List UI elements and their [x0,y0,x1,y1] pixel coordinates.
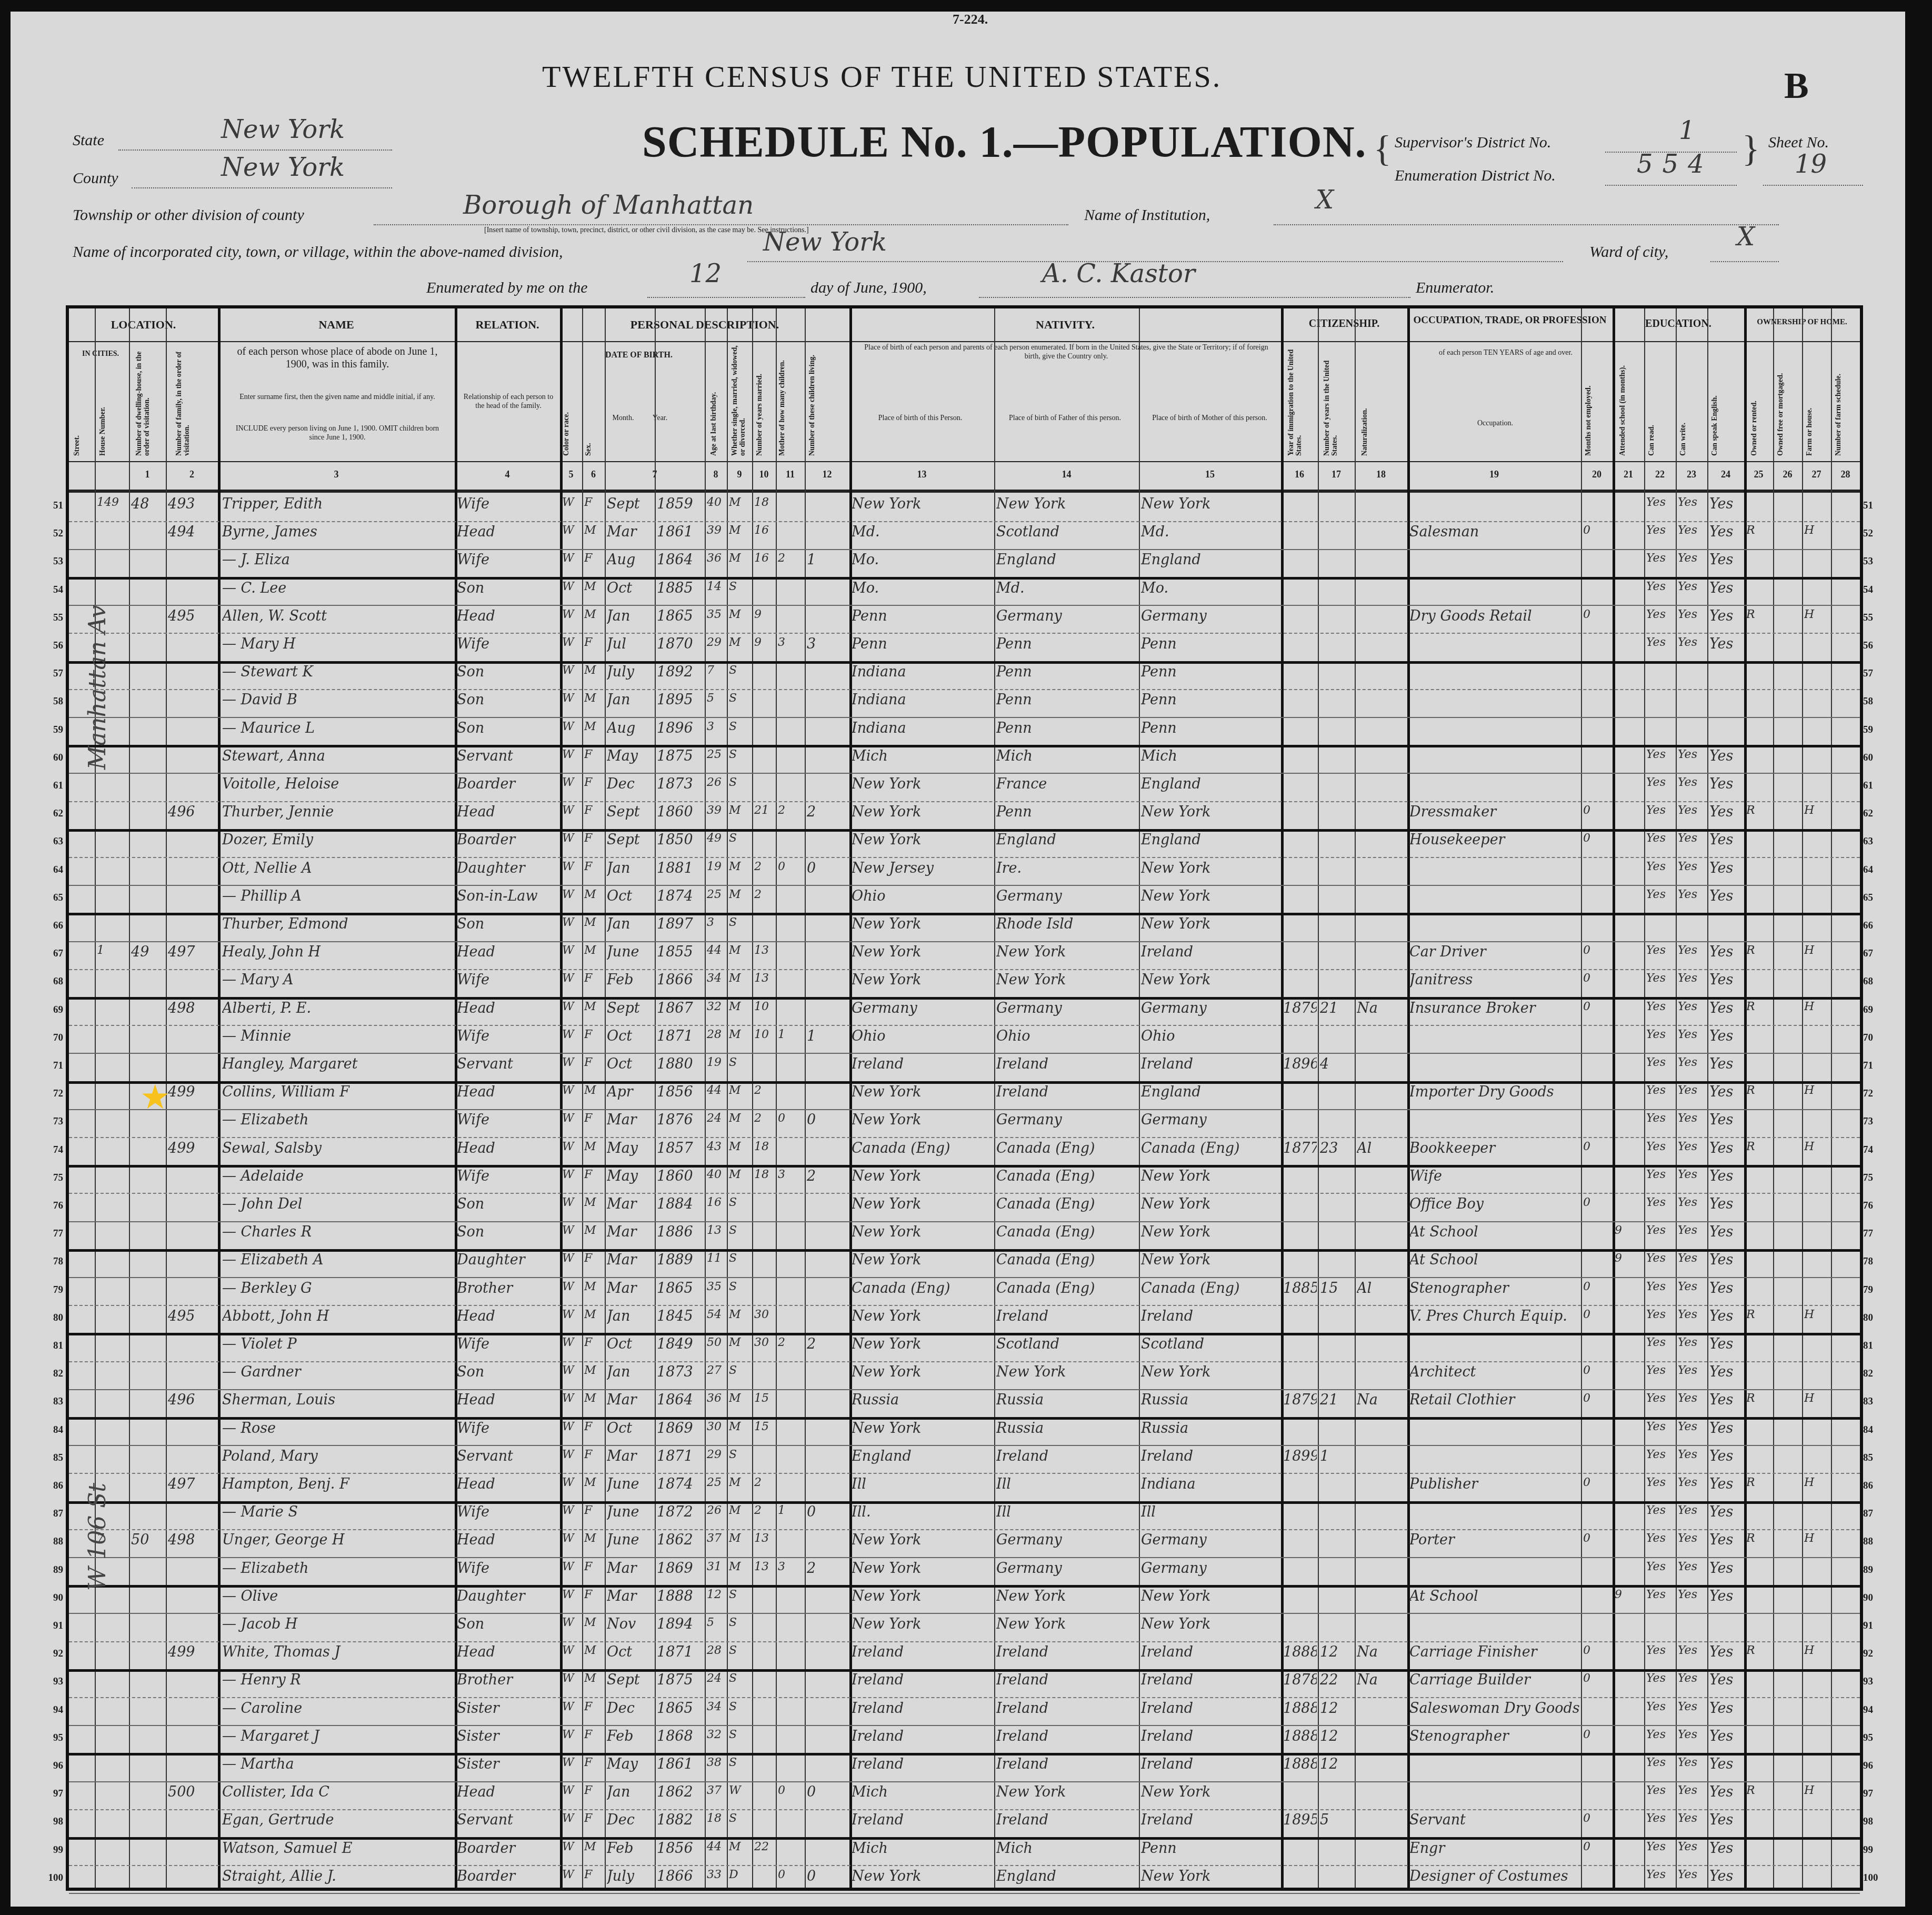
table-row[interactable]: Thurber, Jennie496HeadWFSept186039M2122N… [69,801,1860,832]
cell-mar: M [729,1112,751,1125]
schedule-title: SCHEDULE No. 1.—POPULATION. [642,117,1367,168]
table-row[interactable]: Alberti, P. E.498HeadWMSept186732M10Germ… [69,997,1860,1026]
cell-bm: Ireland [1141,1728,1280,1744]
row-number: 53 [42,556,63,567]
table-row[interactable]: Hangley, MargaretServantWFOct188019SIrel… [69,1053,1860,1084]
cell-bf: Germany [996,608,1138,624]
cell-farm: H [1804,804,1830,817]
cell-cl: 0 [807,1504,848,1520]
vh-read: Can read. [1648,387,1656,456]
cell-eng: Yes [1709,1756,1743,1772]
cell-rel: Son [457,664,559,680]
cell-read: Yes [1646,1756,1675,1769]
cell-family: 495 [168,608,217,624]
row-number: 59 [42,724,63,736]
cell-month: Mar [607,1448,657,1464]
cell-occ: Stenographer [1409,1280,1580,1296]
table-row[interactable]: — Marie SWifeWFJune187226M210Ill.IllIllY… [69,1501,1860,1530]
table-row[interactable]: — John DelSonWMMar188416SNew YorkCanada … [69,1193,1860,1222]
cell-year: 1873 [657,1364,704,1380]
cell-age: 26 [707,1504,726,1517]
form-code: 7-224. [953,12,988,27]
ed-label: Enumeration District No. [1395,167,1556,185]
cell-color: W [562,916,581,929]
table-row[interactable]: — C. LeeSonWMOct188514SMo.Md.Mo.YesYesYe… [69,577,1860,606]
cell-bm: Scotland [1141,1336,1280,1352]
cell-bf: Ireland [996,1056,1138,1072]
cell-eng: Yes [1709,944,1743,960]
cell-sex: F [584,1056,604,1069]
person-name: — Charles R [222,1224,453,1240]
cell-yus: 21 [1320,1392,1354,1408]
table-row[interactable]: Stewart, AnnaServantWFMay187525SMichMich… [69,745,1860,774]
cell-eng: Yes [1709,1560,1743,1577]
cell-bm: Ireland [1141,944,1280,960]
cell-eng: Yes [1709,1084,1743,1100]
cell-bf: Ireland [996,1644,1138,1660]
cell-imm: 1895 [1283,1812,1317,1828]
cell-eng: Yes [1709,1644,1743,1660]
cell-rel: Sister [457,1700,559,1717]
cell-bp: New York [852,496,993,512]
cell-sex: M [584,1000,604,1013]
table-row[interactable]: Dozer, EmilyBoarderWFSept185049SNew York… [69,829,1860,858]
cell-write: Yes [1678,1308,1706,1321]
row-number: 55 [42,612,63,624]
cell-read: Yes [1646,1532,1675,1545]
column-number: 26 [1773,469,1802,480]
cell-cl: 0 [807,860,848,876]
cell-cl: 2 [807,1336,848,1352]
person-name: — Olive [222,1588,453,1604]
table-row[interactable]: — Charles RSonWMMar188613SNew YorkCanada… [69,1221,1860,1252]
cell-bm: Mo. [1141,580,1280,596]
cell-month: Jan [607,1308,657,1324]
column-number: 27 [1802,469,1831,480]
cell-bf: Ireland [996,1084,1138,1100]
cell-year: 1861 [657,1756,704,1772]
column-number: 6 [582,469,605,480]
cell-read: Yes [1646,972,1675,985]
cell-age: 39 [707,804,726,817]
cell-mar: M [729,1392,751,1405]
cell-bp: New York [852,1420,993,1437]
row-number: 59 [1863,724,1884,736]
column-number: 21 [1613,469,1644,480]
cell-own: R [1746,1308,1772,1321]
table-row[interactable]: Sherman, Louis496HeadWMMar186436M15Russi… [69,1389,1860,1420]
cell-read: Yes [1646,1504,1675,1517]
table-row[interactable]: — OliveDaughterWFMar188812SNew YorkNew Y… [69,1585,1860,1614]
cell-year: 1860 [657,1168,704,1184]
person-name: — Mary H [222,636,453,652]
cell-ym: 13 [754,944,775,957]
vh-farm: Farm or house. [1806,356,1814,456]
cell-eng: Yes [1709,804,1743,820]
cell-own: R [1746,1532,1772,1545]
table-row[interactable]: — Henry RBrotherWMSept187524SIrelandIrel… [69,1669,1860,1698]
column-number: 20 [1581,469,1613,480]
cell-bp: Ireland [852,1700,993,1717]
table-row[interactable]: Sewal, Salsby499HeadWMMay185743M18Canada… [69,1137,1860,1168]
cell-year: 1870 [657,636,704,652]
cell-mar: M [729,1168,751,1181]
cell-color: W [562,1560,581,1573]
cell-mar: M [729,1084,751,1097]
group-header-divider [69,341,1860,342]
cell-unemp: 0 [1583,1840,1611,1853]
cell-age: 11 [707,1252,726,1265]
cell-rel: Head [457,1392,559,1408]
cell-write: Yes [1678,1728,1706,1741]
cell-ym: 13 [754,972,775,985]
cell-own: R [1746,608,1772,621]
row-number: 89 [1863,1564,1884,1576]
cell-bf: Canada (Eng) [996,1252,1138,1268]
table-row[interactable]: — Mary HWifeWFJul187029M933PennPennPennY… [69,633,1860,664]
township-value: Borough of Manhattan [463,191,754,220]
person-name: — Caroline [222,1700,453,1717]
table-row[interactable]: Hampton, Benj. F497HeadWMJune187425M2Ill… [69,1473,1860,1504]
cell-unemp: 0 [1583,1532,1611,1545]
cell-read: Yes [1646,1392,1675,1405]
table-row[interactable]: Tripper, Edith14948493WifeWFSept185940M1… [69,493,1860,522]
birth-person-header: Place of birth of this Person. [853,414,987,423]
cell-sex: M [584,1140,604,1153]
cell-farm: H [1804,1644,1830,1657]
ward-value: X [1737,222,1755,252]
cell-month: Oct [607,1644,657,1660]
cell-sex: F [584,1868,604,1881]
cell-write: Yes [1678,776,1706,789]
cell-bm: New York [1141,1196,1280,1212]
cell-family: 496 [168,804,217,820]
cell-read: Yes [1646,944,1675,957]
cell-mar: M [729,860,751,873]
table-row[interactable]: — Stewart KSonWMJuly18927SIndianaPennPen… [69,661,1860,690]
row-number: 61 [1863,780,1884,792]
cell-yus: 12 [1320,1700,1354,1717]
supervisor-label: Supervisor's District No. [1395,134,1551,152]
vh-marital: Whether single, married, widowed, or div… [731,345,747,456]
table-row[interactable]: — J. ElizaWifeWFAug186436M1621Mo.England… [69,548,1860,580]
cell-age: 44 [707,944,726,957]
row-number: 54 [42,584,63,596]
cell-color: W [562,1644,581,1657]
cell-bf: Russia [996,1392,1138,1408]
cell-unemp: 0 [1583,804,1611,817]
cell-bf: New York [996,496,1138,512]
cell-write: Yes [1678,1336,1706,1349]
column-number: 23 [1676,469,1707,480]
row-number: 92 [1863,1648,1884,1660]
cell-rel: Daughter [457,1252,559,1268]
row-number: 75 [1863,1172,1884,1184]
cell-bm: Ireland [1141,1812,1280,1828]
enumerator-name: A. C. Kastor [1042,259,1195,288]
table-row[interactable]: — MarthaSisterWFMay186138SIrelandIreland… [69,1753,1860,1782]
person-name: — Margaret J [222,1728,453,1744]
table-row[interactable]: Byrne, James494HeadWMMar186139M16Md.Scot… [69,521,1860,550]
table-row[interactable]: Unger, George H750498HeadWMJune186237M13… [69,1529,1860,1558]
cell-farm: H [1804,608,1830,621]
cell-bp: New York [852,944,993,960]
table-row[interactable]: — Berkley GBrotherWMMar186535SCanada (En… [69,1277,1860,1306]
column-number: 18 [1355,469,1407,480]
table-row[interactable]: — ElizabethWifeWFMar186931M1332New YorkG… [69,1557,1860,1588]
county-value: New York [221,153,345,182]
row-number: 65 [42,892,63,904]
cell-write: Yes [1678,1756,1706,1769]
cell-mar: M [729,1532,751,1545]
cell-farm: H [1804,1084,1830,1097]
group-education: EDUCATION. [1613,318,1744,330]
cell-write: Yes [1678,1028,1706,1041]
population-table: LOCATION. IN CITIES. NAME of each person… [66,305,1863,1891]
cell-rel: Head [457,944,559,960]
cell-sex: F [584,1252,604,1265]
person-name: — David B [222,692,453,708]
row-number: 85 [42,1452,63,1464]
cell-color: W [562,636,581,649]
table-row[interactable]: — Phillip ASon-in-LawWMOct187425M2OhioGe… [69,885,1860,916]
cell-age: 25 [707,1476,726,1489]
cell-month: Oct [607,1028,657,1044]
cell-read: Yes [1646,1588,1675,1601]
cell-age: 35 [707,608,726,621]
cell-age: 24 [707,1672,726,1685]
person-name: Ott, Nellie A [222,860,453,876]
cell-bm: Ireland [1141,1056,1280,1072]
person-name: — Elizabeth A [222,1252,453,1268]
cell-rel: Head [457,608,559,624]
table-row[interactable]: Healy, John H149497HeadWMJune185544M13Ne… [69,941,1860,970]
table-row[interactable]: — ElizabethWifeWFMar187624M200New YorkGe… [69,1109,1860,1138]
cell-rel: Head [457,1308,559,1324]
enumerated-suffix: day of June, 1900, [810,279,927,297]
cell-cl: 2 [807,804,848,820]
cell-age: 19 [707,860,726,873]
cell-read: Yes [1646,524,1675,537]
cell-bm: Ireland [1141,1644,1280,1660]
cell-year: 1876 [657,1112,704,1128]
cell-read: Yes [1646,1644,1675,1657]
cell-own: R [1746,1392,1772,1405]
row-number: 69 [42,1004,63,1016]
row-number: 88 [1863,1536,1884,1548]
table-row[interactable]: — Mary AWifeWFFeb186634M13New YorkNew Yo… [69,969,1860,1000]
cell-bm: England [1141,832,1280,848]
cell-write: Yes [1678,1420,1706,1433]
cell-unemp: 0 [1583,944,1611,957]
table-row[interactable]: — GardnerSonWMJan187327SNew YorkNew York… [69,1361,1860,1390]
cell-mar: S [729,1224,751,1237]
cell-rel: Brother [457,1672,559,1688]
table-row[interactable]: Thurber, EdmondSonWMJan18973SNew YorkRho… [69,913,1860,942]
cell-yus: 12 [1320,1728,1354,1744]
table-row[interactable]: Allen, W. Scott495HeadWMJan186535M9PennG… [69,605,1860,634]
cell-color: W [562,1028,581,1041]
cell-write: Yes [1678,1504,1706,1517]
cell-bm: Ireland [1141,1672,1280,1688]
row-number: 90 [42,1592,63,1604]
row-number: 91 [1863,1620,1884,1632]
cell-bf: Canada (Eng) [996,1168,1138,1184]
cell-age: 33 [707,1868,726,1881]
cell-color: W [562,1112,581,1125]
cell-write: Yes [1678,1140,1706,1153]
cell-mar: S [729,1280,751,1293]
institution-value: X [1316,185,1334,215]
cell-ym: 10 [754,1000,775,1013]
cell-occ: Designer of Costumes [1409,1868,1580,1884]
cell-sex: F [584,1504,604,1517]
cell-eng: Yes [1709,832,1743,848]
cell-read: Yes [1646,1056,1675,1069]
cell-bm: Canada (Eng) [1141,1140,1280,1156]
cell-mar: M [729,1308,751,1321]
cell-age: 18 [707,1812,726,1825]
table-row[interactable]: — Maurice LSonWMAug18963SIndianaPennPenn [69,717,1860,748]
cell-year: 1868 [657,1728,704,1744]
cell-write: Yes [1678,1560,1706,1573]
table-row[interactable]: Ott, Nellie ADaughterWFJan188119M200New … [69,857,1860,886]
table-row[interactable]: White, Thomas J499HeadWMOct187128SIrelan… [69,1641,1860,1672]
cell-own: R [1746,524,1772,537]
date-of-birth: DATE OF BIRTH. [605,351,673,360]
cell-imm: 1888 [1283,1644,1317,1660]
cell-occ: Servant [1409,1812,1580,1828]
cell-sex: M [584,1364,604,1377]
cell-month: Sept [607,1000,657,1016]
cell-mc: 2 [778,804,804,817]
column-number: 22 [1644,469,1676,480]
cell-bf: Ireland [996,1308,1138,1324]
cell-imm: 1888 [1283,1728,1317,1744]
table-row[interactable]: Collins, William F499HeadWMApr185644M2Ne… [69,1081,1860,1110]
cell-year: 1888 [657,1588,704,1604]
table-row[interactable]: — David BSonWMJan18955SIndianaPennPenn [69,689,1860,718]
cell-write: Yes [1678,1784,1706,1797]
cell-eng: Yes [1709,1224,1743,1240]
cell-age: 13 [707,1224,726,1237]
cell-read: Yes [1646,748,1675,761]
cell-farm: H [1804,524,1830,537]
cell-year: 1872 [657,1504,704,1520]
cell-color: W [562,1308,581,1321]
cell-bf: Ill [996,1476,1138,1492]
vh-months-unemployed: Months not employed. [1585,377,1593,456]
table-row[interactable]: Poland, MaryServantWFMar187129SEnglandIr… [69,1445,1860,1474]
cell-eng: Yes [1709,972,1743,988]
cell-bf: Ireland [996,1756,1138,1772]
person-name: — J. Eliza [222,552,453,568]
cell-yus: 21 [1320,1000,1354,1016]
cell-bp: New Jersey [852,860,993,876]
cell-year: 1886 [657,1224,704,1240]
group-nativity: NATIVITY. [849,318,1281,332]
cell-unemp: 0 [1583,1196,1611,1209]
cell-sex: F [584,496,604,509]
cell-bm: Germany [1141,1560,1280,1577]
person-name: Abbott, John H [222,1308,453,1324]
row-number: 57 [42,668,63,680]
cell-unemp: 0 [1583,832,1611,845]
table-row[interactable]: — Violet PWifeWFOct184950M3022New YorkSc… [69,1333,1860,1362]
cell-nat: Al [1357,1280,1406,1296]
row-number: 80 [1863,1312,1884,1324]
row-number: 55 [1863,612,1884,624]
cell-mar: M [729,1476,751,1489]
cell-yus: 12 [1320,1644,1354,1660]
table-row[interactable]: — AdelaideWifeWFMay186040M1832New YorkCa… [69,1165,1860,1194]
table-row[interactable]: — CarolineSisterWFDec186534SIrelandIrela… [69,1697,1860,1727]
table-row[interactable]: — MinnieWifeWFOct187128M1011OhioOhioOhio… [69,1025,1860,1054]
table-row[interactable]: — Margaret JSisterWFFeb186832SIrelandIre… [69,1725,1860,1756]
table-row[interactable]: Egan, GertrudeServantWFDec188218SIreland… [69,1809,1860,1840]
row-number: 71 [42,1060,63,1072]
cell-bp: Mich [852,1784,993,1800]
cell-bm: New York [1141,1784,1280,1800]
table-row[interactable]: Abbott, John H495HeadWMJan184554M30New Y… [69,1305,1860,1336]
cell-age: 26 [707,776,726,789]
cell-bp: Mo. [852,580,993,596]
cell-imm: 1877 [1283,1140,1317,1156]
cell-read: Yes [1646,1364,1675,1377]
cell-month: May [607,1168,657,1184]
cell-color: W [562,1784,581,1797]
table-row[interactable]: Straight, Allie J.BoarderWFJuly186633D00… [69,1865,1860,1894]
table-row[interactable]: Voitolle, HeloiseBoarderWFDec187326SNew … [69,773,1860,802]
row-number: 97 [42,1788,63,1800]
cell-year: 1874 [657,888,704,904]
column-number: 11 [776,469,805,480]
cell-age: 37 [707,1532,726,1545]
cell-month: Sept [607,832,657,848]
person-name: Unger, George H [222,1532,453,1548]
row-number: 66 [1863,920,1884,932]
table-row[interactable]: — Jacob HSonWMNov18945SNew YorkNew YorkN… [69,1613,1860,1642]
cell-sex: F [584,636,604,649]
cell-bm: Ireland [1141,1308,1280,1324]
table-row[interactable]: Collister, Ida C500HeadWFJan186237W00Mic… [69,1781,1860,1810]
cell-bf: Ireland [996,1672,1138,1688]
cell-family: 496 [168,1392,217,1408]
cell-bf: New York [996,1616,1138,1632]
row-number: 69 [1863,1004,1884,1016]
cell-age: 35 [707,1280,726,1293]
cell-eng: Yes [1709,496,1743,512]
cell-read: Yes [1646,1308,1675,1321]
cell-occ: Dressmaker [1409,804,1580,820]
row-number: 78 [42,1256,63,1268]
cell-bm: New York [1141,888,1280,904]
cell-color: W [562,1532,581,1545]
cell-bm: Canada (Eng) [1141,1280,1280,1296]
cell-bm: Penn [1141,636,1280,652]
person-name: — Maurice L [222,720,453,736]
cell-rel: Servant [457,748,559,764]
cell-color: W [562,1840,581,1853]
table-row[interactable]: — Elizabeth ADaughterWFMar188911SNew Yor… [69,1249,1860,1278]
table-row[interactable]: — RoseWifeWFOct186930M15New YorkRussiaRu… [69,1417,1860,1447]
cell-eng: Yes [1709,1364,1743,1380]
cell-rel: Son [457,1364,559,1380]
table-row[interactable]: Watson, Samuel EBoarderWMFeb185644M22Mic… [69,1837,1860,1867]
cell-farm: H [1804,1140,1830,1153]
cell-occ: Architect [1409,1364,1580,1380]
person-name: Sherman, Louis [222,1392,453,1408]
